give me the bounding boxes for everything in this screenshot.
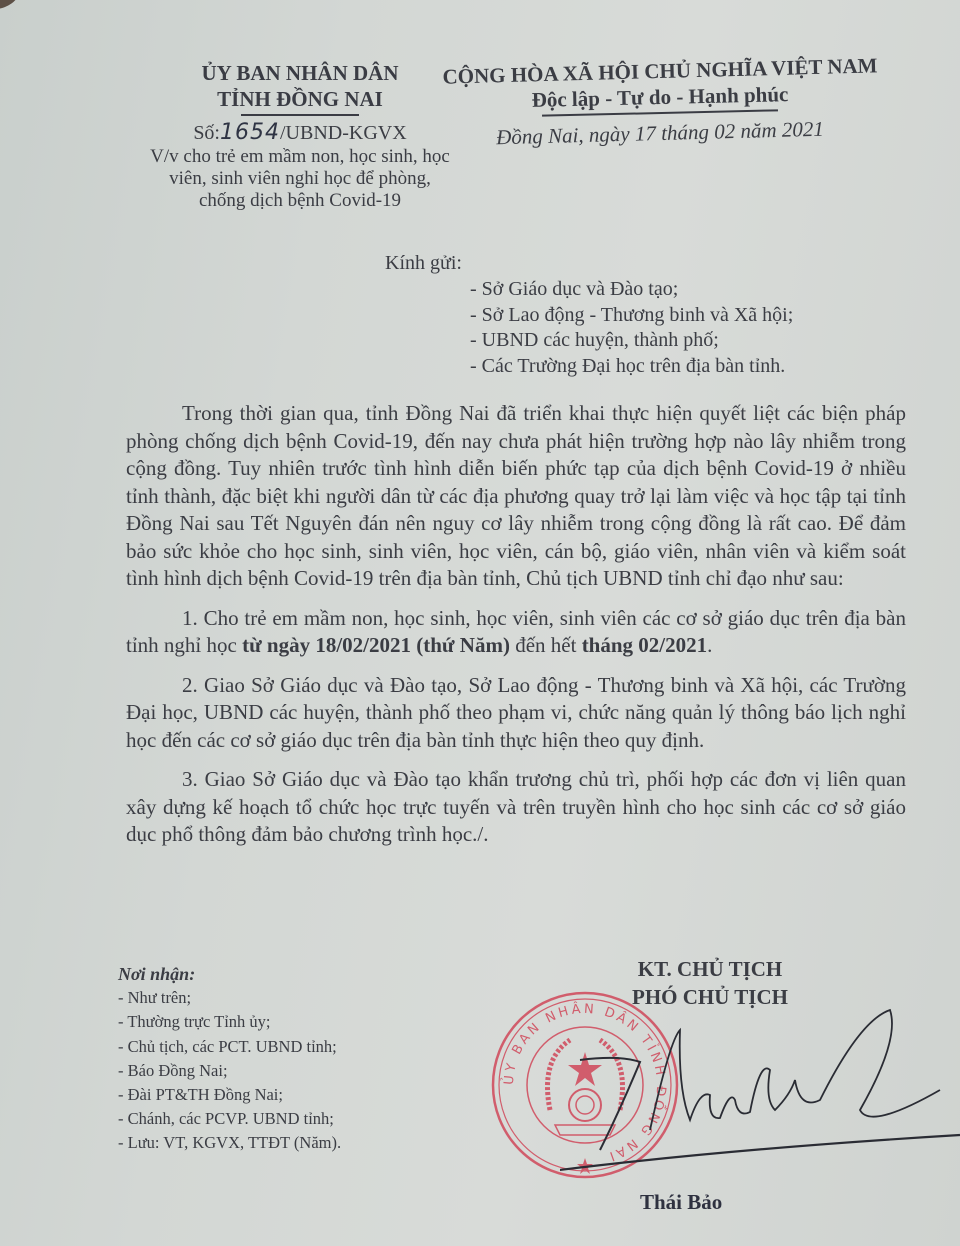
directive-1-period: .	[707, 633, 712, 657]
directive-3: 3. Giao Sở Giáo dục và Đào tạo khẩn trươ…	[126, 766, 906, 849]
national-header: CỘNG HÒA XÃ HỘI CHỦ NGHĨA VIỆT NAM Độc l…	[440, 58, 880, 146]
recipient-item: - Chánh, các PCVP. UBND tỉnh;	[118, 1107, 341, 1131]
issuer-underline	[241, 114, 359, 116]
directive-1-date-end: tháng 02/2021	[582, 633, 707, 657]
letter-body: Trong thời gian qua, tỉnh Đồng Nai đã tr…	[126, 400, 906, 861]
intro-paragraph: Trong thời gian qua, tỉnh Đồng Nai đã tr…	[126, 400, 906, 593]
directive-1-text-2: đến hết	[510, 633, 582, 657]
subject-line-3: chống dịch bệnh Covid-19	[130, 190, 470, 212]
issuer-name-line1: ỦY BAN NHÂN DÂN	[130, 60, 470, 86]
addressee-item: - Sở Lao động - Thương binh và Xã hội;	[470, 303, 793, 329]
addressee-list: - Sở Giáo dục và Đào tạo; - Sở Lao động …	[470, 277, 793, 379]
place-date: Đồng Nai, ngày 17 tháng 02 năm 2021	[440, 114, 881, 152]
recipient-item: - Lưu: VT, KGVX, TTĐT (Năm).	[118, 1131, 341, 1155]
issuer-name-line2: TỈNH ĐỒNG NAI	[130, 86, 470, 112]
handwritten-number: 1654	[220, 120, 280, 145]
signature-title-1: KT. CHỦ TỊCH	[560, 955, 860, 983]
recipient-item: - Chủ tịch, các PCT. UBND tỉnh;	[118, 1035, 341, 1059]
subject-line-2: viên, sinh viên nghỉ học để phòng,	[130, 168, 470, 190]
subject-line-1: V/v cho trẻ em mầm non, học sinh, học	[130, 146, 470, 168]
signer-name: Thái Bảo	[640, 1190, 722, 1215]
recipient-item: - Như trên;	[118, 986, 341, 1010]
recipient-item: - Thường trực Tỉnh ủy;	[118, 1010, 341, 1034]
issuer-block: ỦY BAN NHÂN DÂN TỈNH ĐỒNG NAI Số:1654/UB…	[130, 60, 470, 212]
recipient-item: - Báo Đồng Nai;	[118, 1059, 341, 1083]
handwritten-signature-icon	[560, 1000, 960, 1180]
directive-1-date-start: từ ngày 18/02/2021 (thứ Năm)	[242, 633, 510, 657]
photo-corner-shadow	[0, 0, 23, 14]
directive-1: 1. Cho trẻ em mầm non, học sinh, học viê…	[126, 605, 906, 660]
document-number: Số:1654/UBND-KGVX	[130, 120, 470, 146]
recipient-item: - Đài PT&TH Đồng Nai;	[118, 1083, 341, 1107]
number-prefix: Số:	[193, 122, 220, 144]
addressee-item: - UBND các huyện, thành phố;	[470, 328, 793, 354]
addressee-item: - Sở Giáo dục và Đào tạo;	[470, 277, 793, 303]
addressee-label: Kính gửi:	[385, 252, 462, 275]
recipients-title: Nơi nhận:	[118, 962, 341, 986]
recipients-block: Nơi nhận: - Như trên; - Thường trực Tỉnh…	[118, 962, 341, 1156]
number-suffix: /UBND-KGVX	[280, 122, 407, 144]
directive-2: 2. Giao Sở Giáo dục và Đào tạo, Sở Lao đ…	[126, 672, 906, 755]
addressee-item: - Các Trường Đại học trên địa bàn tỉnh.	[470, 354, 793, 380]
